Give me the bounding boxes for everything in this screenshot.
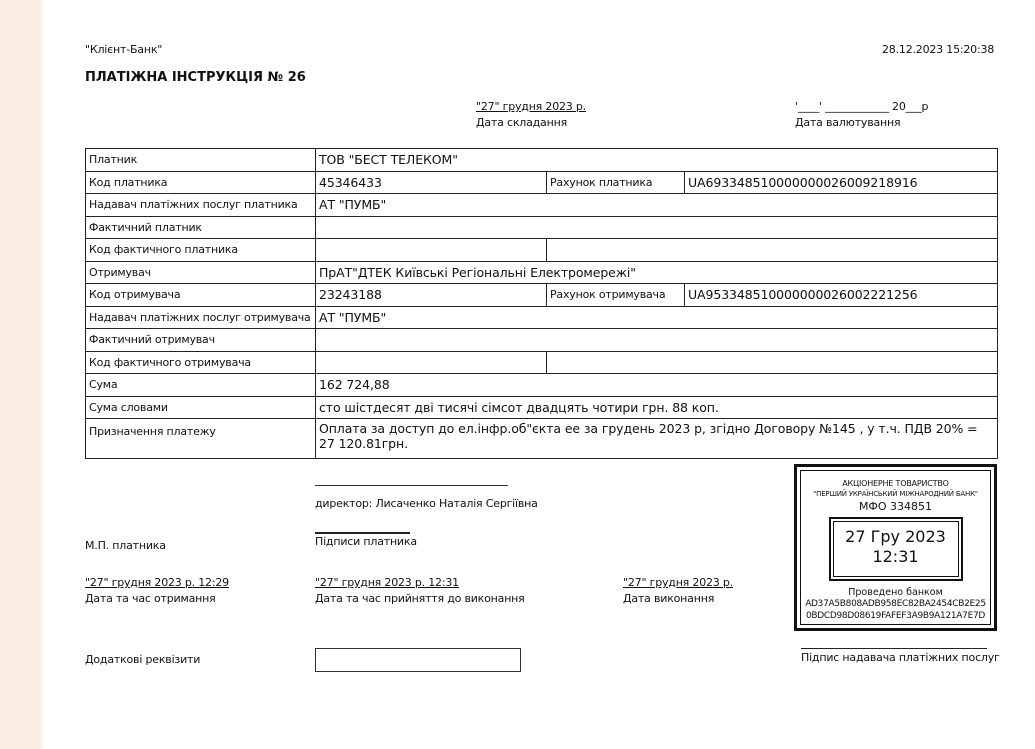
stamp-datetime-box: 27 Гру 2023 12:31 xyxy=(829,517,963,581)
stamp-hash-2: 0BDCD98D08619FAFEF3A9B9A121A7E7D xyxy=(801,610,990,622)
bank-stamp: АКЦІОНЕРНЕ ТОВАРИСТВО "ПЕРШИЙ УКРАЇНСЬКИ… xyxy=(794,464,997,631)
stamp-bank-type: АКЦІОНЕРНЕ ТОВАРИСТВО xyxy=(801,479,990,489)
recipient-code-value: 23243188 xyxy=(316,284,547,307)
amount-label: Сума xyxy=(86,374,316,397)
received-label: Дата та час отримання xyxy=(85,592,216,605)
psp-signature-label: Підпис надавача платіжних послуг xyxy=(801,651,1000,664)
row-purpose: Призначення платежу Оплата за доступ до … xyxy=(86,419,998,459)
document-title: ПЛАТІЖНА ІНСТРУКЦІЯ № 26 xyxy=(85,70,306,85)
director-name: директор: Лисаченко Наталія Сергіївна xyxy=(315,497,538,510)
psp-signature-line xyxy=(801,648,987,649)
row-payer-code: Код платника 45346433 Рахунок платника U… xyxy=(86,171,998,194)
row-recipient-code: Код отримувача 23243188 Рахунок отримува… xyxy=(86,284,998,307)
row-recipient: Отримувач ПрАТ"ДТЕК Київські Регіональні… xyxy=(86,261,998,284)
payer-account-value: UA693348510000000026009218916 xyxy=(685,171,998,194)
payer-signature-line xyxy=(315,532,410,534)
page-margin xyxy=(0,0,41,749)
amount-words-value: сто шістдесят дві тисячі сімсот двадцять… xyxy=(316,396,998,419)
date-created-label: Дата складання xyxy=(476,116,567,129)
stamp-hash-1: AD37A5B808ADB958EC82BA2454CB2E25 xyxy=(801,598,990,610)
executed-date: "27" грудня 2023 р. xyxy=(623,576,733,589)
executed-label: Дата виконання xyxy=(623,592,714,605)
amount-words-label: Сума словами xyxy=(86,396,316,419)
payer-psp-label: Надавач платіжних послуг платника xyxy=(86,194,316,217)
value-date-label: Дата валютування xyxy=(795,116,900,129)
payer-value: ТОВ "БЕСТ ТЕЛЕКОМ" xyxy=(316,149,998,172)
printed-timestamp: 28.12.2023 15:20:38 xyxy=(882,43,994,56)
bank-stamp-inner: АКЦІОНЕРНЕ ТОВАРИСТВО "ПЕРШИЙ УКРАЇНСЬКИ… xyxy=(800,470,991,625)
row-actual-payer: Фактичний платник xyxy=(86,216,998,239)
payer-seal-label: М.П. платника xyxy=(85,539,166,552)
app-name: "Клієнт-Банк" xyxy=(85,43,162,56)
received-datetime: "27" грудня 2023 р. 12:29 xyxy=(85,576,229,589)
recipient-value: ПрАТ"ДТЕК Київські Регіональні Електроме… xyxy=(316,261,998,284)
row-payer: Платник ТОВ "БЕСТ ТЕЛЕКОМ" xyxy=(86,149,998,172)
actual-payer-code-label: Код фактичного платника xyxy=(86,239,316,262)
recipient-code-label: Код отримувача xyxy=(86,284,316,307)
row-payer-psp: Надавач платіжних послуг платника АТ "ПУ… xyxy=(86,194,998,217)
actual-recipient-value xyxy=(316,329,998,352)
payer-code-label: Код платника xyxy=(86,171,316,194)
actual-payer-value xyxy=(316,216,998,239)
actual-payer-label: Фактичний платник xyxy=(86,216,316,239)
date-created: "27" грудня 2023 р. xyxy=(476,100,586,113)
actual-payer-code-value xyxy=(316,239,547,262)
row-actual-recipient: Фактичний отримувач xyxy=(86,329,998,352)
extra-details-field[interactable] xyxy=(315,648,521,672)
stamp-mfo: МФО 334851 xyxy=(801,500,990,513)
recipient-psp-label: Надавач платіжних послуг отримувача xyxy=(86,306,316,329)
accepted-datetime: "27" грудня 2023 р. 12:31 xyxy=(315,576,459,589)
purpose-value: Оплата за доступ до ел.інфр.об"єкта ее з… xyxy=(316,419,998,459)
extra-details-label: Додаткові реквізити xyxy=(85,653,200,666)
payer-signatures-label: Підписи платника xyxy=(315,535,417,548)
page-margin-edge xyxy=(41,0,45,749)
row-amount-words: Сума словами сто шістдесят дві тисячі сі… xyxy=(86,396,998,419)
stamp-date: 27 Гру 2023 xyxy=(834,527,958,547)
row-recipient-psp: Надавач платіжних послуг отримувача АТ "… xyxy=(86,306,998,329)
amount-value: 162 724,88 xyxy=(316,374,998,397)
director-signature-line xyxy=(315,485,508,486)
payer-account-label: Рахунок платника xyxy=(547,171,685,194)
payer-label: Платник xyxy=(86,149,316,172)
recipient-psp-value: АТ "ПУМБ" xyxy=(316,306,998,329)
row-actual-payer-code: Код фактичного платника xyxy=(86,239,998,262)
payer-psp-value: АТ "ПУМБ" xyxy=(316,194,998,217)
stamp-bank-name: "ПЕРШИЙ УКРАЇНСЬКИЙ МІЖНАРОДНИЙ БАНК" xyxy=(801,489,990,499)
payer-code-value: 45346433 xyxy=(316,171,547,194)
recipient-account-label: Рахунок отримувача xyxy=(547,284,685,307)
accepted-label: Дата та час прийняття до виконання xyxy=(315,592,525,605)
actual-recipient-extra xyxy=(547,351,998,374)
purpose-label: Призначення платежу xyxy=(86,419,316,459)
value-date: '____' ____________ 20___р xyxy=(795,100,928,113)
actual-recipient-code-value xyxy=(316,351,547,374)
actual-recipient-code-label: Код фактичного отримувача xyxy=(86,351,316,374)
stamp-time: 12:31 xyxy=(834,547,958,567)
row-actual-recipient-code: Код фактичного отримувача xyxy=(86,351,998,374)
actual-recipient-label: Фактичний отримувач xyxy=(86,329,316,352)
recipient-label: Отримувач xyxy=(86,261,316,284)
stamp-status: Проведено банком xyxy=(801,587,990,598)
row-amount: Сума 162 724,88 xyxy=(86,374,998,397)
recipient-account-value: UA953348510000000026002221256 xyxy=(685,284,998,307)
payment-details-table: Платник ТОВ "БЕСТ ТЕЛЕКОМ" Код платника … xyxy=(85,148,998,459)
actual-payer-extra xyxy=(547,239,998,262)
